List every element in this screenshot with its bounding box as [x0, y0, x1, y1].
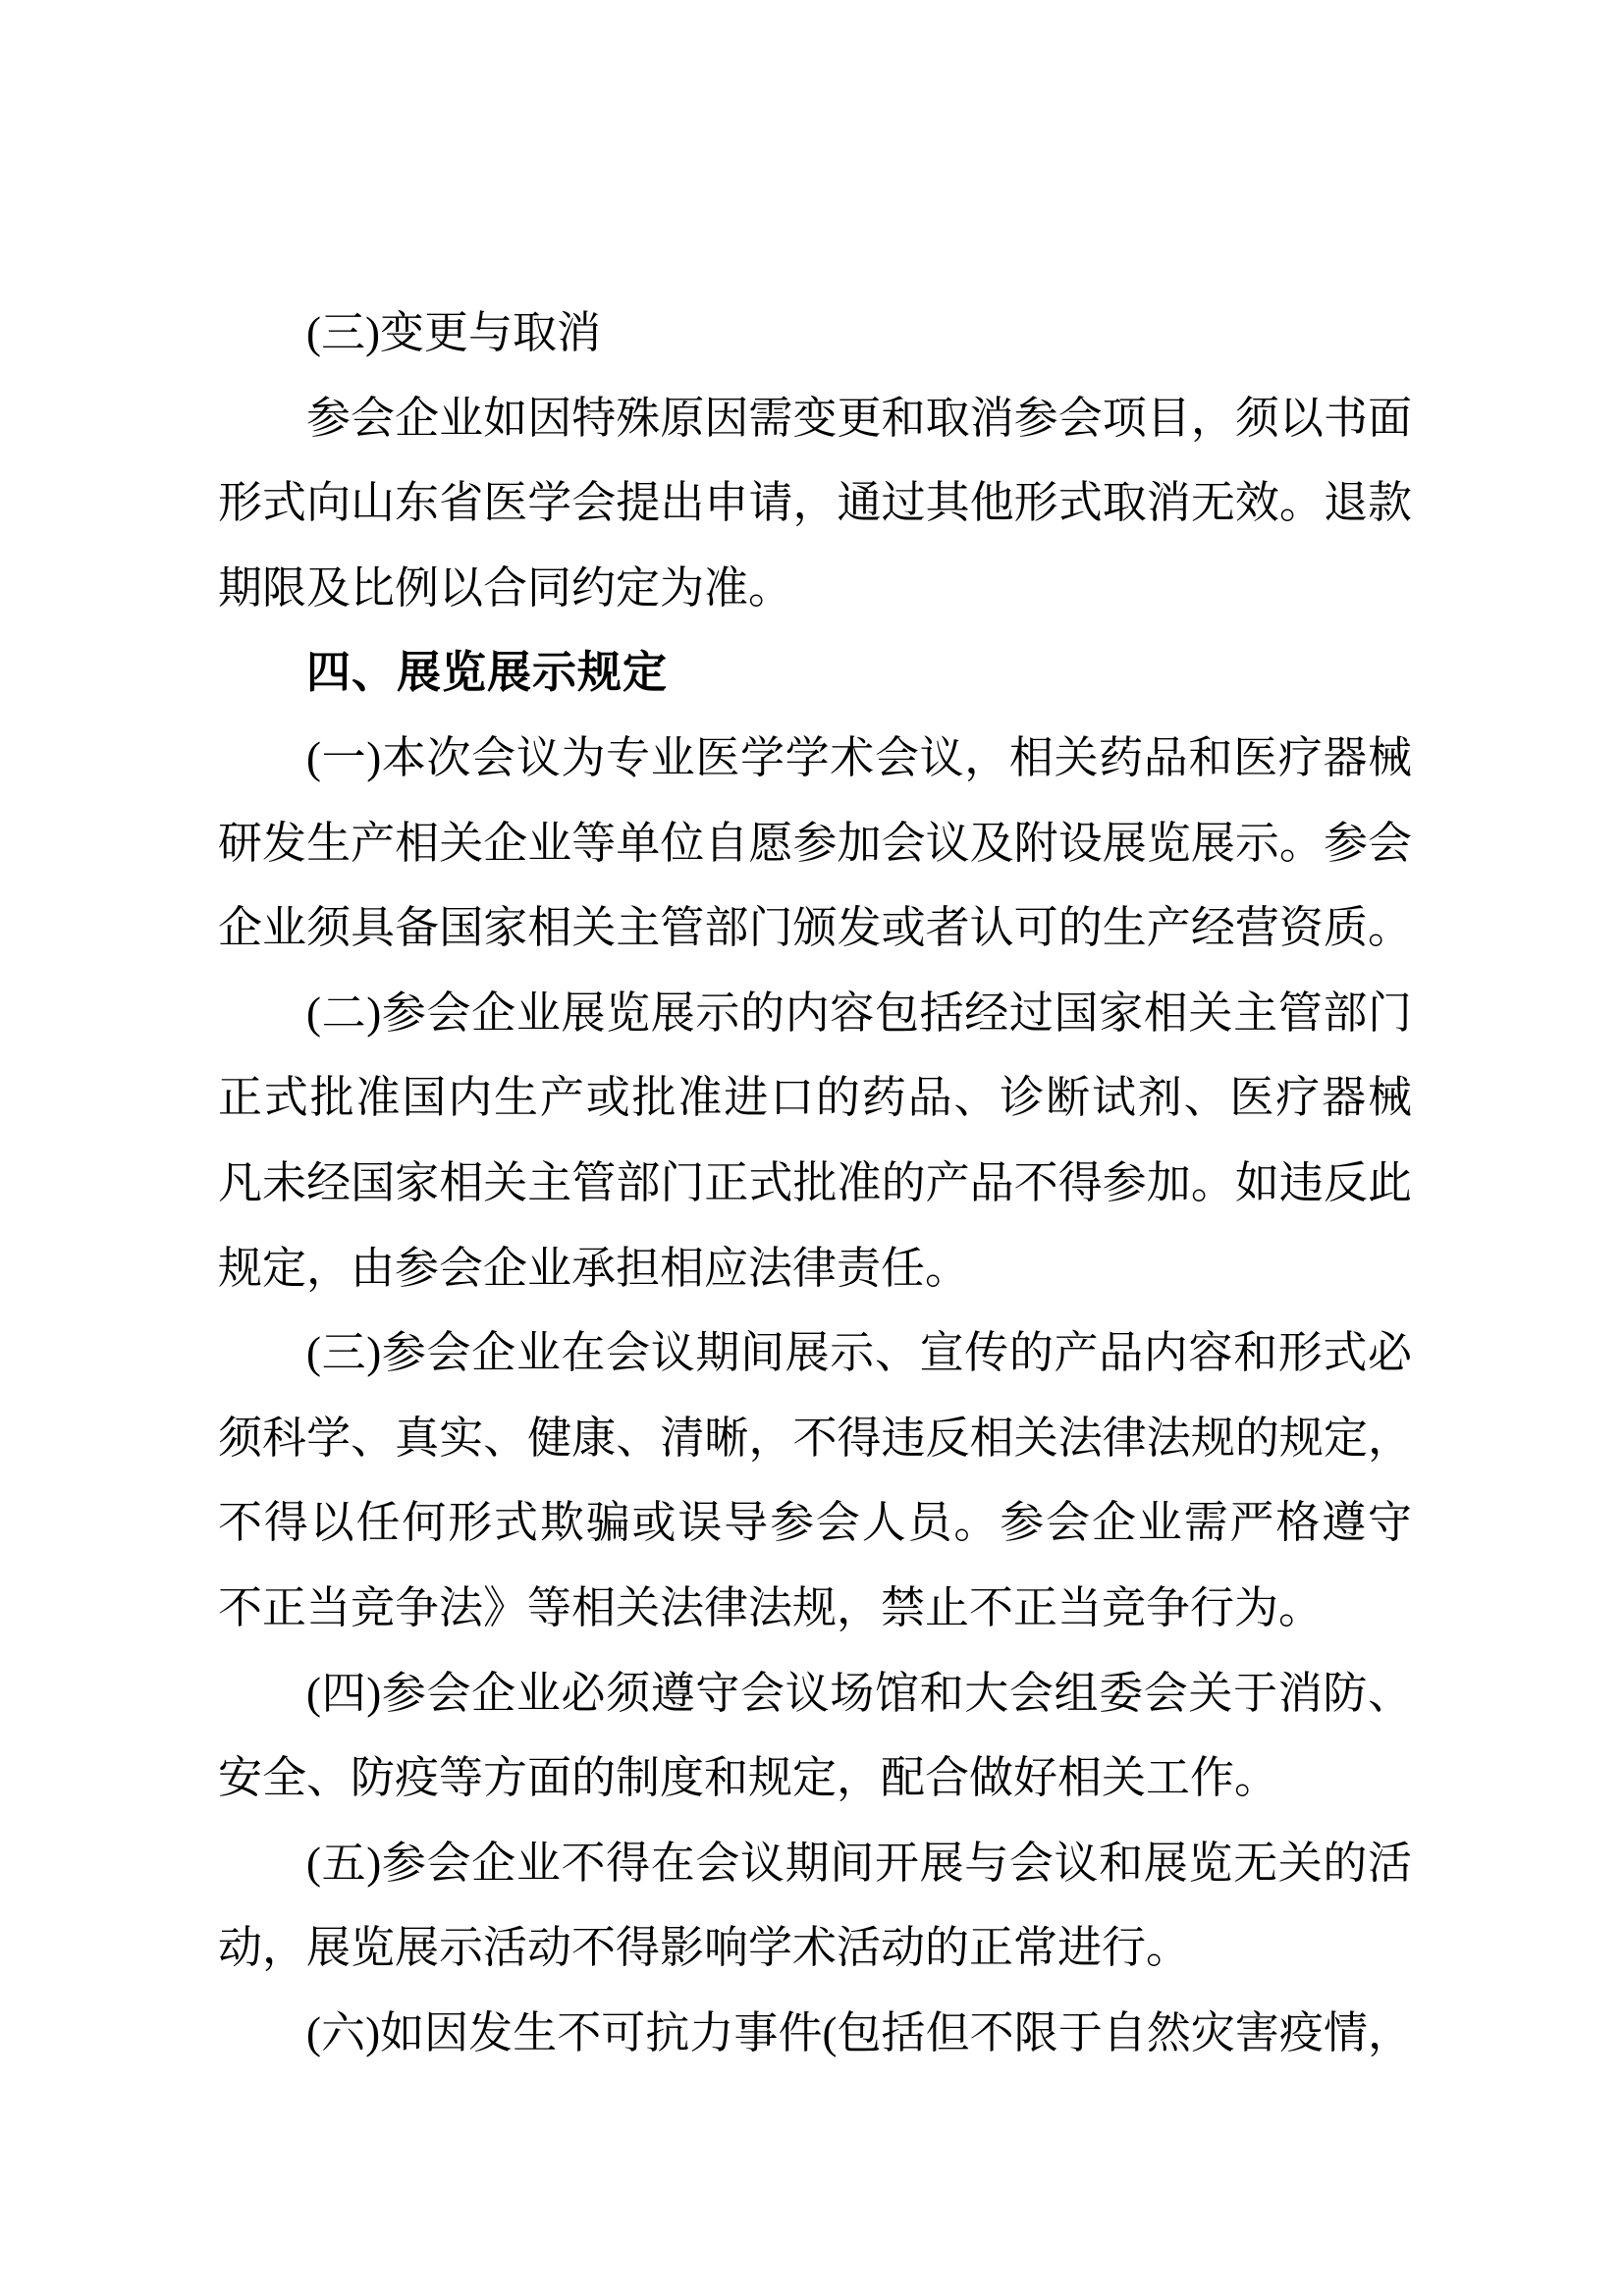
document-text-block: (三)变更与取消 参会企业如因特殊原因需变更和取消参会项目，须以书面 形式向山东…	[218, 291, 1412, 2075]
text-line: 企业须具备国家相关主管部门颁发或者认可的生产经营资质。	[218, 885, 1412, 971]
subsection-heading: (三)变更与取消	[218, 291, 1412, 376]
text-line: 不正当竞争法》等相关法律法规，禁止不正当竞争行为。	[218, 1566, 1412, 1651]
text-line: (三)参会企业在会议期间展示、宣传的产品内容和形式必	[218, 1310, 1412, 1396]
text-line: 须科学、真实、健康、清晰，不得违反相关法律法规的规定，	[218, 1396, 1412, 1481]
document-page: (三)变更与取消 参会企业如因特殊原因需变更和取消参会项目，须以书面 形式向山东…	[0, 0, 1624, 2296]
text-line: (四)参会企业必须遵守会议场馆和大会组委会关于消防、	[218, 1651, 1412, 1736]
text-line: (二)参会企业展览展示的内容包括经过国家相关主管部门	[218, 971, 1412, 1056]
text-line: (六)如因发生不可抗力事件(包括但不限于自然灾害疫情，	[218, 1991, 1412, 2076]
text-line: (五)参会企业不得在会议期间开展与会议和展览无关的活	[218, 1821, 1412, 1906]
text-line: 期限及比例以合同约定为准。	[218, 546, 1412, 631]
text-line: (一)本次会议为专业医学学术会议，相关药品和医疗器械	[218, 716, 1412, 801]
text-line: 安全、防疫等方面的制度和规定，配合做好相关工作。	[218, 1735, 1412, 1821]
text-line: 参会企业如因特殊原因需变更和取消参会项目，须以书面	[218, 376, 1412, 461]
text-line: 不得以任何形式欺骗或误导参会人员。参会企业需严格遵守《反	[218, 1480, 1412, 1566]
text-line: 规定，由参会企业承担相应法律责任。	[218, 1226, 1412, 1311]
text-line: 研发生产相关企业等单位自愿参加会议及附设展览展示。参会	[218, 801, 1412, 886]
section-heading: 四、展览展示规定	[218, 630, 1412, 716]
text-line: 形式向山东省医学会提出申请，通过其他形式取消无效。退款	[218, 460, 1412, 546]
text-line: 正式批准国内生产或批准进口的药品、诊断试剂、医疗器械等。	[218, 1055, 1412, 1141]
text-line: 动，展览展示活动不得影响学术活动的正常进行。	[218, 1905, 1412, 1991]
text-line: 凡未经国家相关主管部门正式批准的产品不得参加。如违反此	[218, 1141, 1412, 1226]
